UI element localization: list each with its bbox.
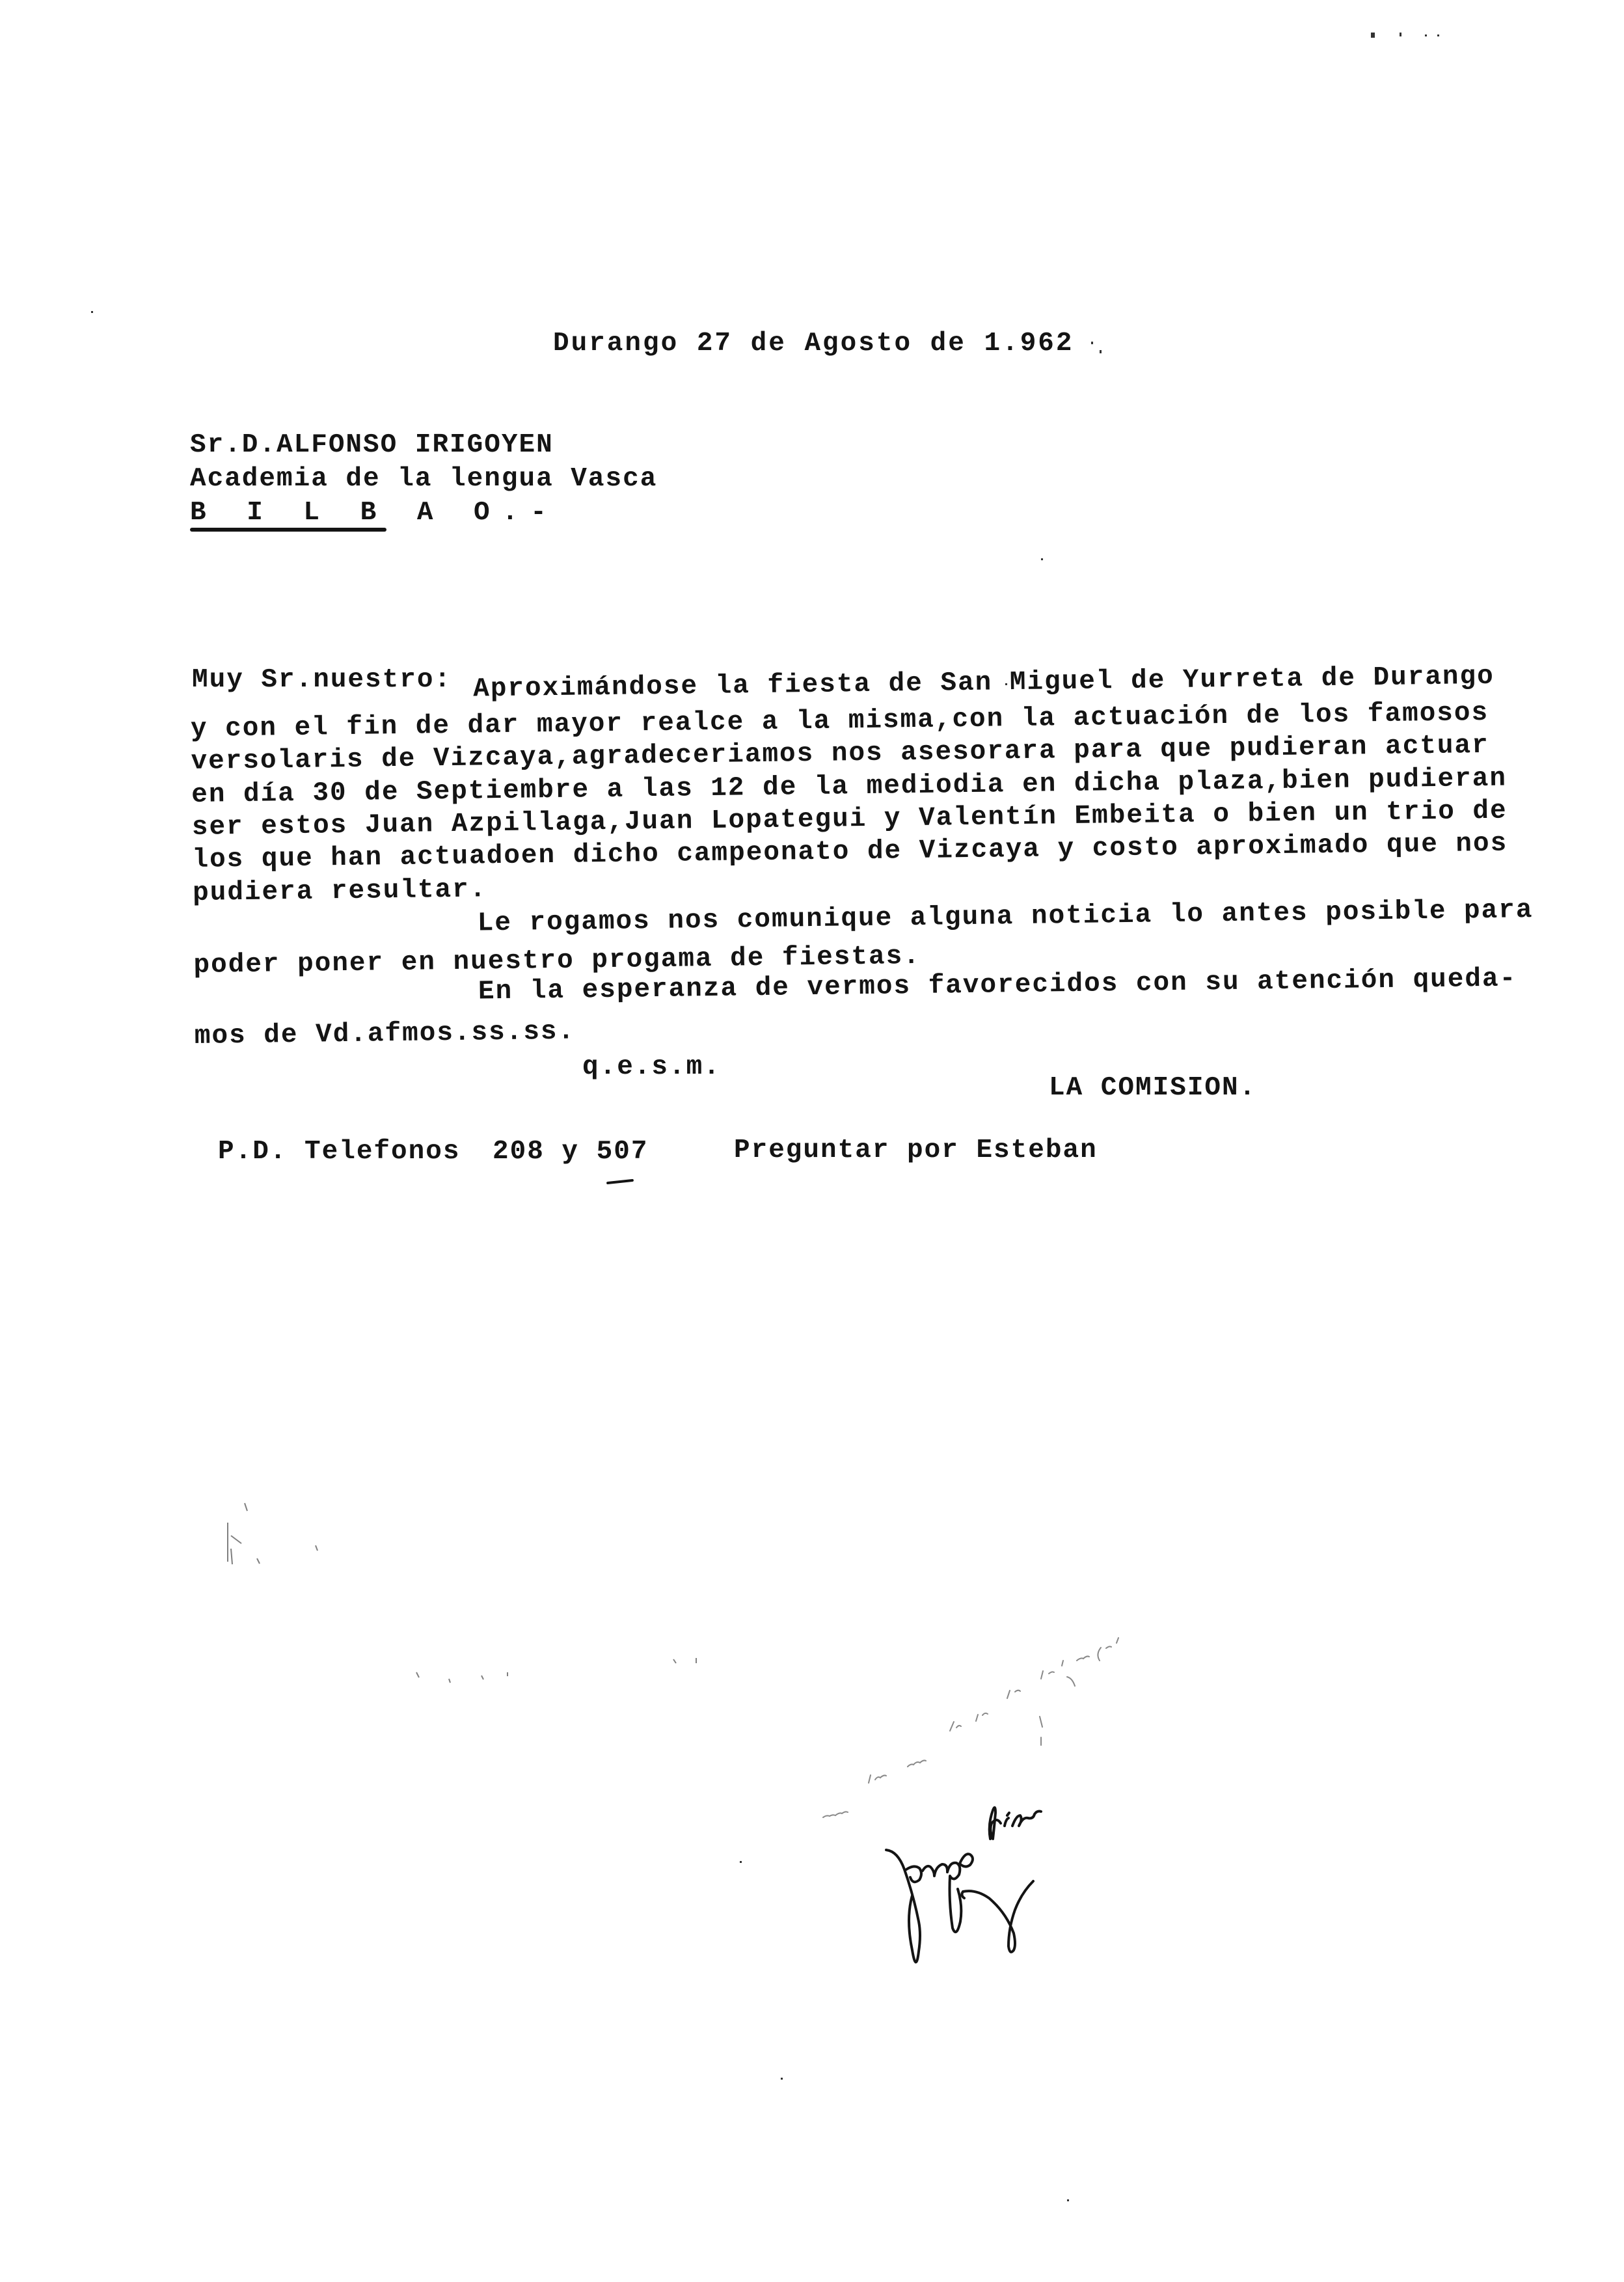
body-line: pudiera resultar.: [193, 876, 487, 907]
letter-date: Durango 27 de Agosto de 1.962: [553, 331, 1074, 357]
recipient-city: B I L B A O.-: [190, 500, 559, 526]
body-line: mos de Vd.afmos.ss.ss.: [195, 1019, 576, 1050]
recipient-name: Sr.D.ALFONSO IRIGOYEN: [190, 432, 554, 459]
postscript-label: P.D. Telefonos: [218, 1139, 460, 1165]
body-line: Le rogamos nos comunique alguna noticia …: [477, 897, 1533, 937]
recipient-organization: Academia de la lengua Vasca: [190, 466, 657, 493]
closing-formula: q.e.s.m.: [582, 1054, 721, 1081]
typed-dash-mark: [606, 1179, 634, 1184]
body-line: Aproximándose la fiesta de San Miguel de…: [473, 664, 1495, 703]
salutation: Muy Sr.nuestro:: [192, 667, 452, 694]
postscript-phones: 208 y 507: [493, 1139, 648, 1165]
letter-page: Durango 27 de Agosto de 1.962 Sr.D.ALFON…: [0, 0, 1624, 2282]
signatory: LA COMISION.: [1049, 1075, 1256, 1102]
city-underline: [190, 528, 386, 532]
postscript-contact: Preguntar por Esteban: [734, 1137, 1098, 1164]
